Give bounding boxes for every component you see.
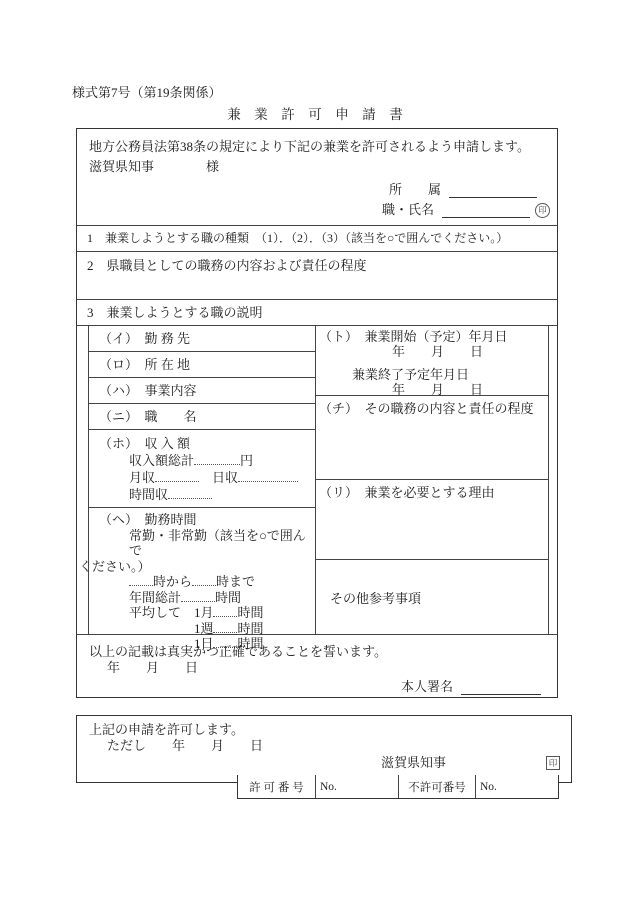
employment-type-line1: 常勤・非常勤（該当を○で囲んで [99, 528, 315, 559]
signature-field: 本人署名 [89, 679, 557, 695]
subtable-right-gutter [549, 326, 557, 634]
document-title: 兼 業 許 可 申 請 書 [0, 103, 630, 123]
start-end-date-row: （ト） 兼業開始（予定）年月日 年 月 日 兼業終了予定年月日 年 月 日 [316, 326, 548, 396]
week-hours-unit: 時間 [237, 621, 263, 636]
income-row: （ホ） 収 入 額 収入額総計円 月収 日収 時間収 [89, 430, 315, 508]
employment-type-line2: ください。） [79, 559, 315, 575]
month-hours-blank [213, 606, 237, 617]
monthly-income-label: 月収 [129, 470, 155, 485]
from-time-blank [129, 575, 153, 586]
daily-income-blank [238, 471, 298, 482]
governor-label: 滋賀県知事 [381, 755, 446, 771]
permit-number-value: No. [316, 775, 399, 798]
average-month-line: 平均して 1月時間 [99, 605, 315, 621]
item-2-current-duties: 2 県職員としての職務の内容および責任の程度 [77, 251, 557, 299]
application-statement: 地方公務員法第38条の規定により下記の兼業を許可されるよう申請します。 [89, 137, 557, 157]
job-title-row: （ニ） 職 名 [89, 404, 315, 430]
working-hours-label: （ヘ） 勤務時間 [99, 512, 315, 528]
item-1-job-type: 1 兼業しようとする職の種類 （1）．（2）．（3）（該当を○で囲んでください。… [77, 225, 557, 251]
approval-statement: 上記の申請を許可します。 [89, 722, 571, 738]
affiliation-field: 所 属 [89, 180, 557, 198]
hourly-income-blank [168, 488, 212, 499]
oath-date-line: 年 月 日 [89, 660, 557, 676]
annual-total-blank [181, 591, 215, 602]
month-hours-unit: 時間 [237, 605, 263, 620]
subtable-left-gutter [77, 326, 88, 634]
start-date-label: （ト） 兼業開始（予定）年月日 [319, 329, 548, 344]
permit-number-label: 許 可 番 号 [238, 775, 316, 798]
addressee-line: 滋賀県知事様 [89, 157, 557, 177]
permit-number-row: 許 可 番 号 No. 不許可番号 No. [237, 775, 559, 799]
start-date-line: 年 月 日 [319, 344, 548, 359]
approval-box: 上記の申請を許可します。 ただし 年 月 日 滋賀県知事印 [76, 715, 572, 783]
subtable-right-column: （ト） 兼業開始（予定）年月日 年 月 日 兼業終了予定年月日 年 月 日 （チ… [316, 326, 549, 634]
business-row: （ハ） 事業内容 [89, 378, 315, 404]
to-time-blank [192, 575, 216, 586]
affiliation-blank-line [449, 185, 537, 198]
annual-total-label: 年間総計 [129, 590, 181, 605]
monthly-income-blank [155, 471, 199, 482]
duty-content-row: （チ） その職務の内容と責任の程度 [316, 396, 548, 480]
signature-blank-line [461, 682, 541, 695]
hourly-income-label: 時間収 [129, 487, 168, 502]
item-3-job-description: 3 兼業しようとする職の説明 [77, 299, 557, 325]
income-total-label: 収入額総計 [129, 453, 194, 468]
application-header-cell: 地方公務員法第38条の規定により下記の兼業を許可されるよう申請します。 滋賀県知… [77, 129, 557, 225]
workplace-row: （イ） 勤 務 先 [89, 326, 315, 352]
job-description-subtable: （イ） 勤 務 先 （ロ） 所 在 地 （ハ） 事業内容 （ニ） 職 名 （ホ）… [77, 325, 557, 634]
end-date-label: 兼業終了予定年月日 [319, 367, 548, 382]
side-job-permission-application-form: 様式第7号（第19条関係） 兼 業 許 可 申 請 書 地方公務員法第38条の規… [0, 0, 630, 915]
reason-row: （リ） 兼業を必要とする理由 [316, 480, 548, 560]
position-name-label: 職・氏名 [382, 202, 434, 218]
oath-row: 以上の記載は真実かつ正確であることを誓います。 年 月 日 本人署名 [77, 634, 557, 697]
remarks-row: その他参考事項 [316, 560, 548, 635]
average-week-label: 1週 [194, 621, 214, 636]
week-hours-blank [213, 622, 237, 633]
income-total-blank [194, 454, 240, 465]
signature-label: 本人署名 [401, 679, 453, 695]
addressee: 滋賀県知事 [89, 159, 154, 174]
to-label: 時まで [216, 574, 255, 589]
honorific: 様 [206, 159, 219, 174]
subtable-left-column: （イ） 勤 務 先 （ロ） 所 在 地 （ハ） 事業内容 （ニ） 職 名 （ホ）… [88, 326, 316, 634]
hours-from-to-line: 時から時まで [99, 574, 315, 590]
oath-statement: 以上の記載は真実かつ正確であることを誓います。 [89, 644, 557, 660]
annual-total-line: 年間総計時間 [99, 590, 315, 606]
working-hours-row: （ヘ） 勤務時間 常勤・非常勤（該当を○で囲んで ください。） 時から時まで 年… [89, 508, 315, 635]
approval-condition-line: ただし 年 月 日 [89, 738, 571, 754]
denial-number-value: No. [476, 775, 558, 798]
end-date-line: 年 月 日 [319, 382, 548, 397]
average-month-label: 平均して 1月 [129, 605, 214, 620]
from-label: 時から [153, 574, 192, 589]
governor-seal-icon: 印 [546, 756, 560, 770]
main-application-table: 地方公務員法第38条の規定により下記の兼業を許可されるよう申請します。 滋賀県知… [76, 128, 558, 698]
daily-income-label: 日収 [199, 470, 238, 485]
income-monthly-daily-line: 月収 日収 [99, 469, 315, 486]
position-name-field: 職・氏名印 [89, 200, 557, 218]
income-hourly-line: 時間収 [99, 486, 315, 503]
yen-label: 円 [240, 453, 253, 468]
affiliation-label: 所 属 [389, 182, 441, 198]
seal-mark-icon: 印 [535, 203, 550, 218]
name-blank-line [442, 205, 530, 218]
income-label: （ホ） 収 入 額 [99, 435, 315, 452]
annual-hours-unit: 時間 [215, 590, 241, 605]
denial-number-label: 不許可番号 [399, 775, 476, 798]
income-total-line: 収入額総計円 [99, 452, 315, 469]
form-number: 様式第7号（第19条関係） [72, 82, 222, 101]
average-week-line: 1週時間 [99, 621, 315, 637]
governor-line: 滋賀県知事印 [89, 755, 571, 771]
address-row: （ロ） 所 在 地 [89, 352, 315, 378]
